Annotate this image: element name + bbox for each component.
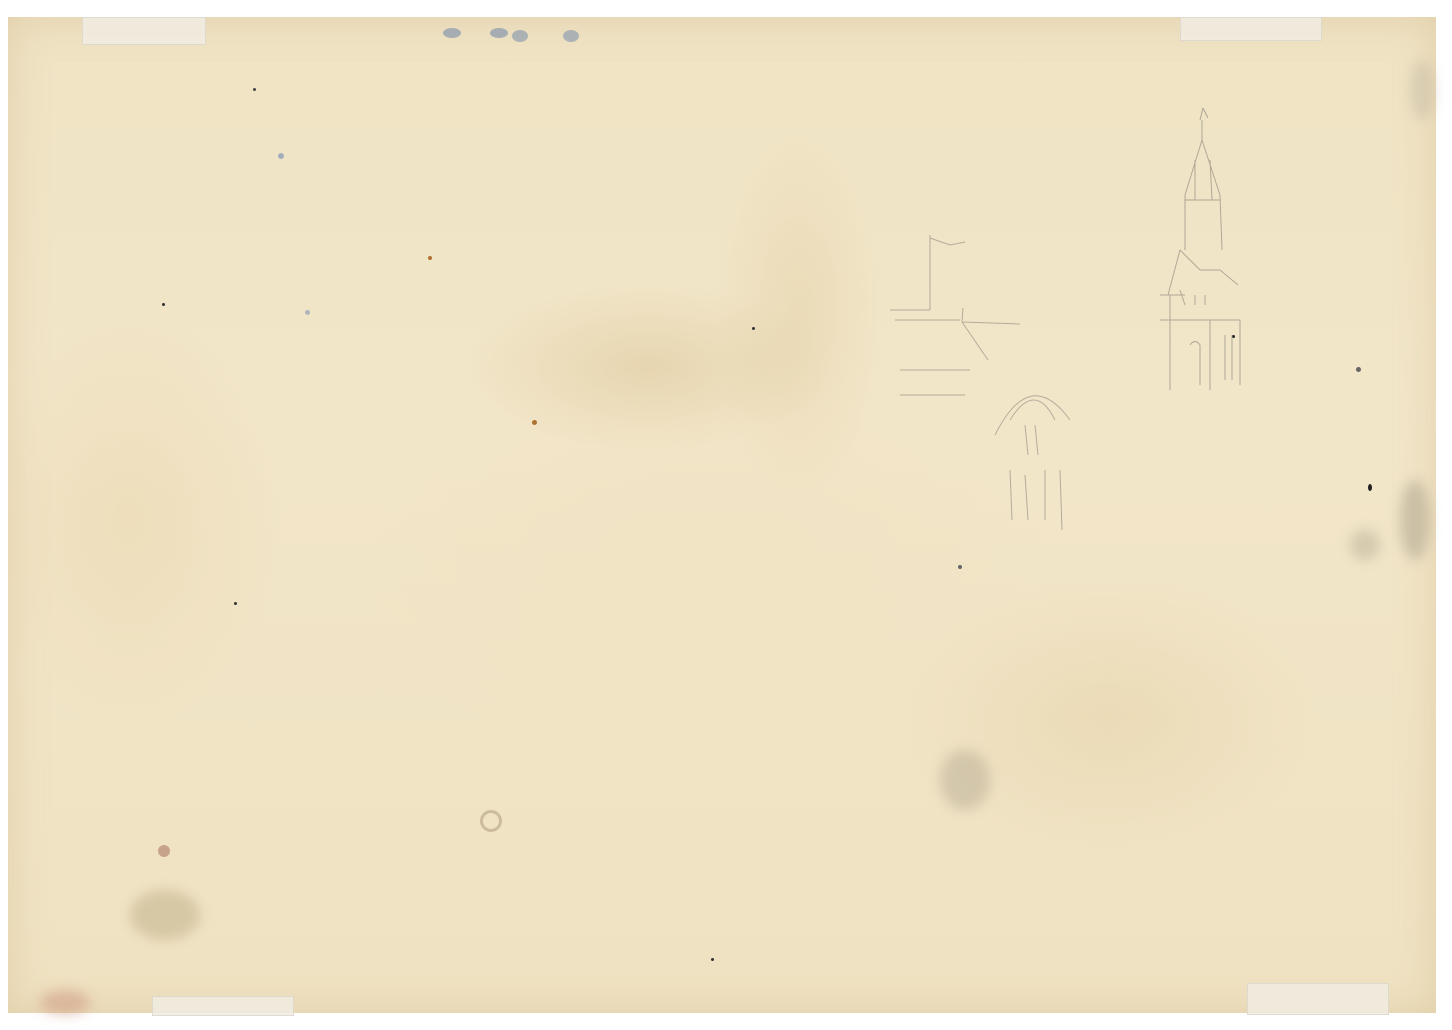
- stain: [1410, 60, 1435, 120]
- spot: [278, 153, 284, 159]
- ink-mark: [512, 30, 528, 42]
- ink-mark: [563, 30, 579, 42]
- tape-strip-bottom-right: [1247, 983, 1389, 1015]
- spot: [234, 602, 237, 605]
- spot: [752, 327, 755, 330]
- image-description: Reverse side of an aged sheet of paper w…: [8, 17, 9, 18]
- tape-strip-top-left: [82, 17, 206, 45]
- ink-mark: [443, 28, 461, 38]
- church-tower-sketch-icon: [1140, 100, 1280, 400]
- spot: [428, 256, 432, 260]
- stain: [1400, 480, 1430, 560]
- tape-strip-top-right: [1180, 17, 1322, 41]
- spot: [1368, 484, 1372, 491]
- spot: [1356, 367, 1361, 372]
- spot: [162, 303, 165, 306]
- spot: [711, 958, 714, 961]
- spot: [253, 88, 256, 91]
- stain: [940, 750, 990, 810]
- stain: [1350, 530, 1380, 560]
- spot: [305, 310, 310, 315]
- spot: [532, 420, 537, 425]
- building-sketch-icon: [870, 220, 1090, 540]
- ink-mark: [490, 28, 508, 38]
- spot: [480, 810, 502, 832]
- stain: [130, 890, 200, 940]
- stain: [40, 990, 90, 1015]
- tape-strip-bottom-left: [152, 996, 294, 1016]
- spot: [958, 565, 962, 569]
- spot: [158, 845, 170, 857]
